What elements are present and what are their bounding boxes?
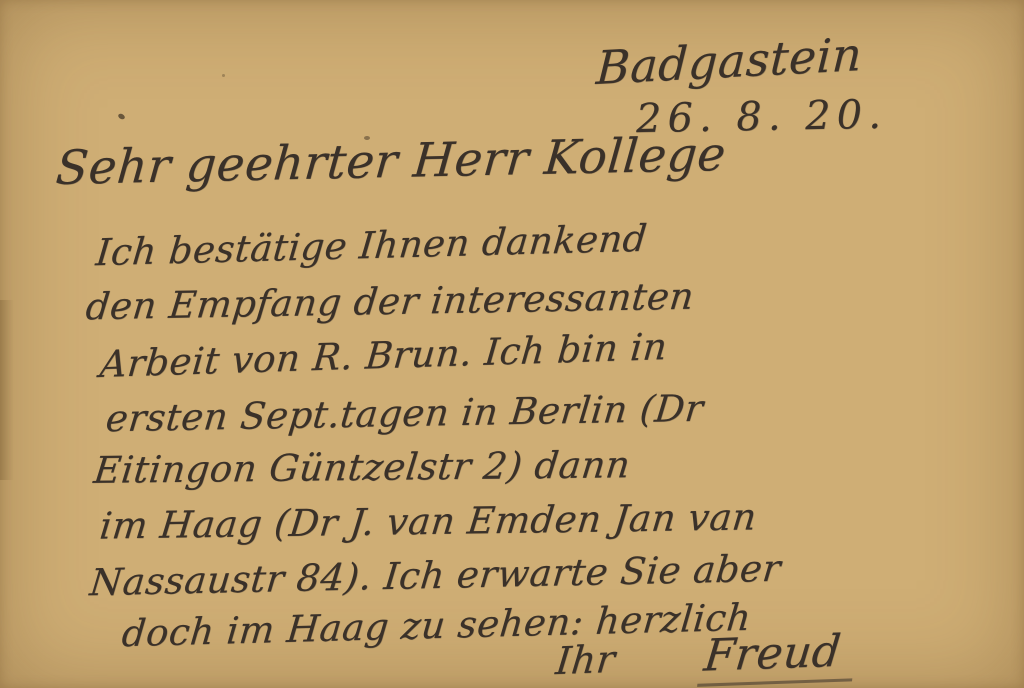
signature: Freud	[697, 625, 857, 687]
ink-speckle	[222, 74, 225, 77]
ink-speckle	[117, 113, 126, 121]
salutation-line: Sehr geehrter Herr Kollege	[54, 127, 728, 196]
body-line: Arbeit von R. Brun. Ich bin in	[98, 325, 669, 386]
body-line: den Empfang der interessanten	[84, 275, 696, 329]
body-line: im Haag (Dr J. van Emden Jan van	[98, 495, 759, 547]
body-line: ersten Sept.tagen in Berlin (Dr	[104, 387, 706, 441]
postcard-scan: Badgastein 26. 8. 20. Sehr geehrter Herr…	[0, 0, 1024, 688]
body-line: Nassaustr 84). Ich erwarte Sie aber	[88, 547, 783, 605]
body-line: Eitingon Güntzelstr 2) dann	[92, 443, 633, 492]
paper-edge-smudge	[0, 300, 14, 480]
place-line: Badgastein	[595, 27, 864, 95]
ink-speckle	[364, 136, 370, 140]
body-line: Ich bestätige Ihnen dankend	[94, 217, 649, 275]
closing-line: Ihr	[554, 637, 618, 683]
body-line: doch im Haag zu sehen: herzlich	[120, 596, 753, 656]
